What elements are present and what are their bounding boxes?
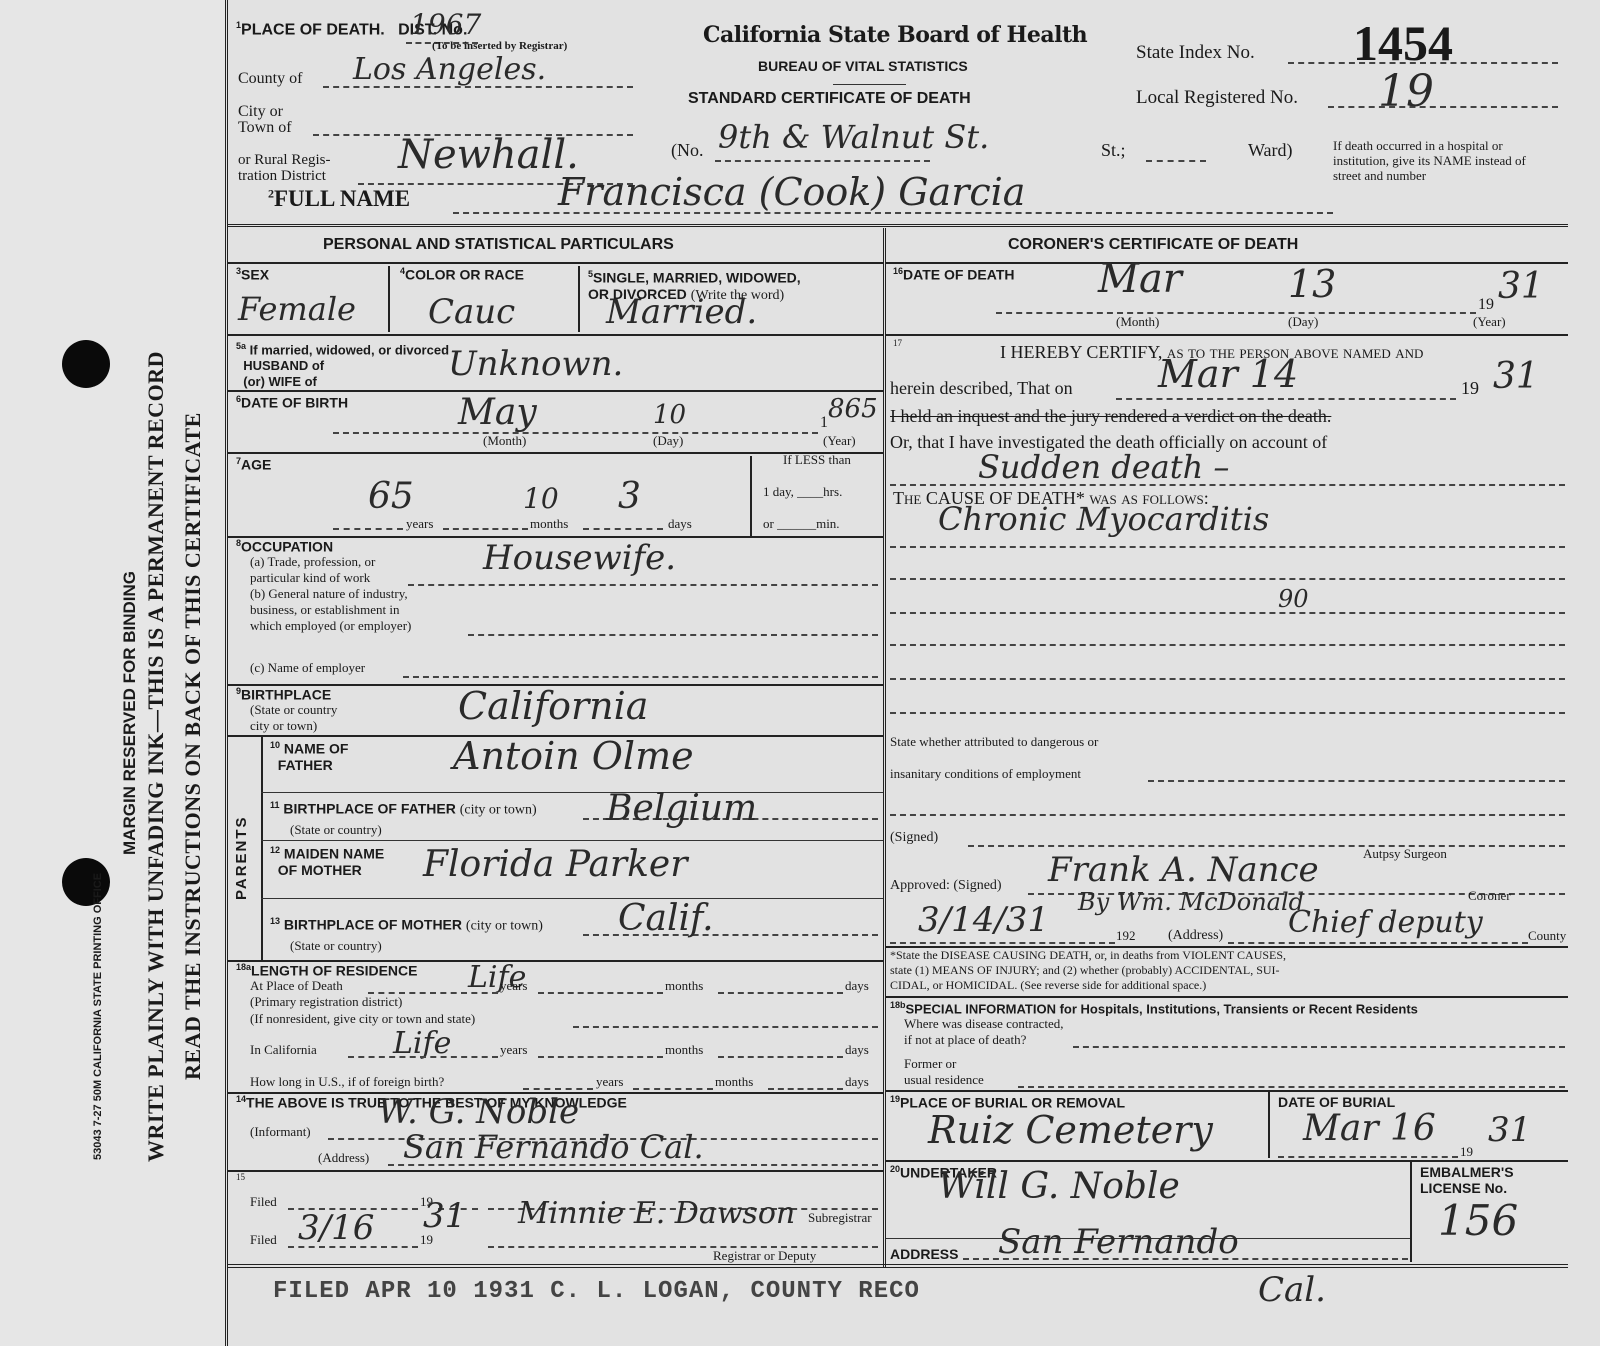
special-info-label: 18bSPECIAL INFORMATION for Hospitals, In…: [890, 1000, 1418, 1016]
cause-footnote: *State the DISEASE CAUSING DEATH, or, in…: [890, 948, 1286, 993]
res-primary-note: (Primary registration district): [250, 994, 402, 1010]
approved-date: 3/14/31: [918, 900, 1049, 940]
certify-year: 31: [1493, 356, 1539, 397]
spouse-label: 5a If married, widowed, or divorced HUSB…: [236, 338, 449, 390]
death-certificate-page: WRITE PLAINLY WITH UNFADING INK—THIS IS …: [0, 0, 1600, 1346]
coroner-label: Coroner: [1468, 888, 1511, 904]
age-months-value: 10: [523, 482, 559, 515]
inquest-line: I held an inquest and the jury rendered …: [890, 406, 1331, 427]
dob-month: May: [458, 392, 537, 433]
res-us-months: months: [715, 1074, 753, 1090]
spouse-value: Unknown.: [448, 344, 623, 384]
age-label: 7AGE: [236, 456, 271, 473]
rural-district-value: Newhall.: [398, 132, 579, 178]
res-calif-years: years: [500, 1042, 527, 1058]
filed-label-2: Filed: [250, 1232, 277, 1248]
year-caption: (Year): [823, 433, 856, 449]
burial-place-value: Ruiz Cemetery: [928, 1108, 1213, 1152]
undertaker-address-value: San Fernando: [998, 1222, 1239, 1262]
county-value: Los Angeles.: [353, 52, 546, 87]
dod-year-caption: (Year): [1473, 314, 1506, 330]
street-suffix: St.;: [1101, 140, 1126, 161]
bureau-title: BUREAU OF VITAL STATISTICS: [758, 58, 968, 74]
approved-address-label: (Address): [1168, 928, 1223, 944]
burial-year: 31: [1488, 1110, 1531, 1150]
undertaker-value: Will G. Noble: [938, 1166, 1180, 1207]
informant-label: (Informant): [250, 1124, 311, 1140]
informant-address-label: (Address): [318, 1150, 369, 1166]
mother-birthplace-value: Calif.: [618, 898, 714, 939]
dod-year-prefix: 19: [1478, 296, 1494, 314]
months-label: months: [530, 516, 568, 532]
embalmer-label: EMBALMER'SLICENSE No.: [1420, 1164, 1514, 1196]
state-index-value: 1454: [1353, 14, 1453, 72]
father-name-label: 10 NAME OF FATHER: [270, 737, 348, 773]
filed-stamp: FILED APR 10 1931 C. L. LOGAN, COUNTY RE…: [273, 1278, 920, 1305]
approved-192: 192: [1116, 928, 1136, 944]
days-label: days: [668, 516, 692, 532]
res-us-years: years: [596, 1074, 623, 1090]
res-us-label: How long in U.S., if of foreign birth?: [250, 1074, 444, 1090]
city-label: City orTown of: [238, 104, 292, 136]
hospital-note: If death occurred in a hospital or insti…: [1333, 138, 1538, 183]
mother-state-note: (State or country): [290, 938, 382, 954]
signed-label: (Signed): [890, 830, 938, 846]
occupation-b-label: (b) General nature of industry,business,…: [250, 586, 411, 634]
res-place-label: At Place of Death: [250, 978, 343, 994]
street-prefix: (No.: [671, 140, 704, 161]
dangerous-label-1: State whether attributed to dangerous or: [890, 734, 1098, 750]
dod-month-caption: (Month): [1116, 314, 1159, 330]
father-state-note: (State or country): [290, 822, 382, 838]
employer-label: (c) Name of employer: [250, 660, 365, 676]
mother-birthplace-label: 13 BIRTHPLACE OF MOTHER (city or town): [270, 916, 543, 935]
dist-no-value: 1967: [410, 8, 481, 41]
margin-binding-note: MARGIN RESERVED FOR BINDING: [120, 571, 140, 855]
res-years-label: years: [500, 978, 527, 994]
dob-year-prefix: 1: [820, 414, 828, 432]
age-years-value: 65: [368, 476, 414, 517]
coroner-section-title: CORONER'S CERTIFICATE OF DEATH: [1008, 236, 1298, 254]
filed-year-value: 31: [423, 1196, 466, 1236]
state-index-label: State Index No.: [1136, 42, 1255, 64]
month-caption: (Month): [483, 433, 526, 449]
res-calif-days: days: [845, 1042, 869, 1058]
binding-margin: WRITE PLAINLY WITH UNFADING INK—THIS IS …: [0, 0, 225, 1346]
res-us-days: days: [845, 1074, 869, 1090]
res-calif-months: months: [665, 1042, 703, 1058]
mother-name-label: 12 MAIDEN NAME OF MOTHER: [270, 842, 384, 878]
registrar-label: Registrar or Deputy: [713, 1248, 816, 1264]
filed-date-value: 3/16: [298, 1208, 374, 1248]
dod-month: Mar: [1098, 256, 1182, 302]
dangerous-label-2: insanitary conditions of employment: [890, 766, 1081, 782]
parents-label: PARENTS: [233, 815, 250, 900]
embalmer-license-value: 156: [1438, 1196, 1518, 1245]
mother-name-value: Florida Parker: [423, 844, 687, 885]
undertaker-address-state: Cal.: [1258, 1270, 1326, 1310]
cause-note: 90: [1278, 585, 1309, 613]
undertaker-address-label: ADDRESS: [890, 1246, 958, 1262]
occupation-a-label: (a) Trade, profession, orparticular kind…: [250, 554, 375, 586]
county-word: County: [1528, 928, 1566, 944]
dob-year: 865: [828, 394, 878, 424]
local-reg-value: 19: [1378, 66, 1434, 117]
by-deputy-signature: By Wm. McDonald: [1078, 888, 1304, 916]
item-17-number: 17: [893, 338, 902, 348]
age-days-value: 3: [618, 476, 641, 517]
dob-label: 6DATE OF BIRTH: [236, 394, 348, 411]
full-name-value: Francisca (Cook) Garcia: [558, 170, 1025, 214]
race-label: 4COLOR OR RACE: [400, 266, 524, 283]
approved-label: Approved: (Signed): [890, 878, 1002, 894]
dod-year: 31: [1498, 266, 1544, 307]
residence-label: 18aLENGTH OF RESIDENCE: [236, 962, 418, 979]
occupation-label: 8OCCUPATION: [236, 538, 333, 555]
birthplace-label: 9BIRTHPLACE: [236, 686, 331, 703]
personal-section-title: PERSONAL AND STATISTICAL PARTICULARS: [323, 236, 674, 254]
res-nonresident-note: (If nonresident, give city or town and s…: [250, 1011, 475, 1027]
certificate-title: STANDARD CERTIFICATE OF DEATH: [688, 90, 971, 108]
res-calif-label: In California: [250, 1042, 317, 1058]
margin-printer-note: 53043 7-27 50M CALIFORNIA STATE PRINTING…: [92, 873, 104, 1160]
father-name-value: Antoin Olme: [453, 734, 694, 778]
certify-line-2: herein described, That on: [890, 378, 1073, 399]
sex-label: 3SEX: [236, 266, 269, 283]
day-caption: (Day): [653, 433, 683, 449]
cause-value: Chronic Myocarditis: [938, 500, 1269, 538]
former-residence-label: Former orusual residence: [904, 1056, 984, 1088]
res-months-label: months: [665, 978, 703, 994]
birthplace-note: (State or countrycity or town): [250, 702, 337, 734]
contracted-label: Where was disease contracted,if not at p…: [904, 1016, 1064, 1048]
informant-address-value: San Fernando Cal.: [403, 1128, 704, 1166]
dod-day-caption: (Day): [1288, 314, 1318, 330]
board-title: California State Board of Health: [703, 22, 1087, 48]
burial-year-prefix: 19: [1460, 1144, 1473, 1160]
occupation-a-value: Housewife.: [483, 538, 676, 578]
local-reg-label: Local Registered No.: [1136, 87, 1298, 109]
street-value: 9th & Walnut St.: [718, 118, 989, 156]
item-15-number: 15: [236, 1172, 245, 1182]
rural-label: or Rural Regis-tration District: [238, 152, 330, 184]
margin-instruction-read: READ THE INSTRUCTIONS ON BACK OF THIS CE…: [180, 412, 206, 1080]
coroner-signature: Frank A. Nance: [1048, 850, 1319, 890]
dob-day: 10: [653, 400, 686, 430]
investigated-value: Sudden death –: [978, 448, 1229, 486]
res-days-label: days: [845, 978, 869, 994]
filed-label-1: Filed: [250, 1194, 277, 1210]
margin-instruction-ink: WRITE PLAINLY WITH UNFADING INK—THIS IS …: [143, 351, 169, 1162]
informant-value: W. G. Noble: [378, 1092, 579, 1132]
father-birthplace-label: 11 BIRTHPLACE OF FATHER (city or town): [270, 800, 537, 819]
less-than-label: If LESS than: [783, 452, 851, 468]
certify-year-prefix: 19: [1461, 378, 1479, 399]
marital-value: Married.: [606, 292, 757, 332]
certificate-form: 1PLACE OF DEATH. DIST. No. 1967 (To be i…: [225, 0, 1565, 1346]
binding-hole-icon: [62, 340, 110, 388]
approved-address-value: Chief deputy: [1288, 905, 1483, 940]
dod-label: 16DATE OF DEATH: [893, 266, 1015, 283]
dist-note: (To be inserted by Registrar): [432, 40, 567, 52]
father-birthplace-value: Belgium: [606, 788, 757, 829]
dod-day: 13: [1288, 262, 1336, 306]
autopsy-label: Autpsy Surgeon: [1363, 846, 1447, 862]
race-value: Cauc: [428, 292, 515, 332]
ward-suffix: Ward): [1248, 140, 1293, 161]
subregistrar-label: Subregistrar: [808, 1210, 872, 1226]
birthplace-value: California: [458, 684, 648, 728]
years-label: years: [406, 516, 433, 532]
sex-value: Female: [238, 290, 356, 328]
registrar-signature: Minnie E. Dawson: [518, 1196, 795, 1231]
county-label: County of: [238, 70, 302, 88]
full-name-label: 2FULL NAME: [268, 186, 410, 212]
burial-date-value: Mar 16: [1303, 1108, 1436, 1149]
certify-date: Mar 14: [1158, 352, 1298, 396]
or-min-label: or ______min.: [763, 516, 840, 532]
one-day-label: 1 day, ____hrs.: [763, 484, 842, 500]
